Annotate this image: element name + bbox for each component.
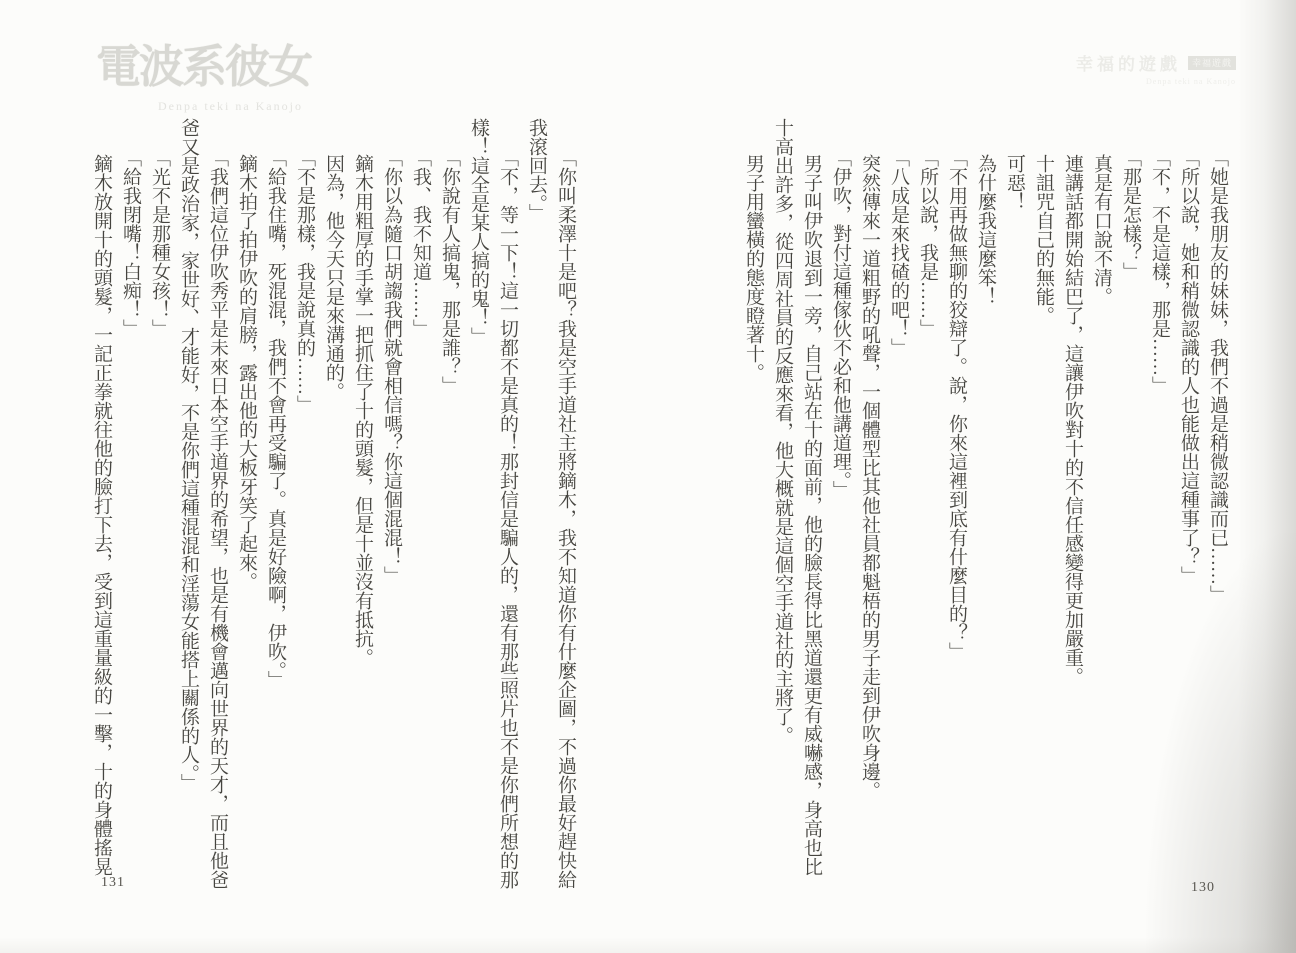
series-logo-romaji: Denpa teki na Kanojo	[158, 99, 311, 114]
paragraph: 為什麼我這麼笨！	[971, 118, 1000, 892]
page-131-text: 「你叫柔澤十是吧？我是空手道社主將鏑木，我不知道你有什麼企圖，不過你最好趕快給我…	[87, 118, 580, 892]
paragraph: 連講話都開始結巴了，這讓伊吹對十的不信任感變得更加嚴重。	[1058, 118, 1087, 892]
chapter-title: 幸福的遊戲	[1076, 50, 1181, 75]
page-130-text: 「她是我朋友的妹妹，我們不過是稍微認識而已……」「所以說，她和稍微認識的人也能做…	[739, 118, 1232, 892]
paragraph: 因為，他今天只是來溝通的。	[319, 118, 348, 892]
paragraph: 「不，等一下！這一切都不是真的！那封信是騙人的，還有那些照片也不是你們所想的那樣…	[464, 118, 522, 892]
page-number-right: 130	[1191, 880, 1215, 896]
paragraph: 真是有口說不清。	[1087, 118, 1116, 892]
paragraph: 「八成是來找碴的吧！」	[884, 118, 913, 892]
paragraph: 「你叫柔澤十是吧？我是空手道社主將鏑木，我不知道你有什麼企圖，不過你最好趕快給我…	[522, 118, 580, 892]
series-logo-text: 電波系彼女	[96, 30, 311, 95]
paragraph: 「給我住嘴，死混混，我們不會再受騙了。真是好險啊，伊吹。」	[261, 118, 290, 892]
paragraph: 「伊吹，對付這種傢伙不必和他講道理。」	[826, 118, 855, 892]
series-logo: 電波系彼女 Denpa teki na Kanojo	[96, 30, 311, 114]
paragraph: 「你說有人搞鬼，那是誰？」	[435, 118, 464, 892]
paragraph: 鏑木用粗厚的手掌一把抓住了十的頭髮，但是十並沒有抵抗。	[348, 118, 377, 892]
paragraph: 可惡！	[1000, 118, 1029, 892]
paragraph: 「我們這位伊吹秀平是未來日本空手道界的希望，也是有機會邁向世界的天才，而且他爸爸…	[174, 118, 232, 892]
paragraph: 「不，不是這樣，那是……」	[1145, 118, 1174, 892]
paragraph: 「給我閉嘴！白痴！」	[116, 118, 145, 892]
paragraph: 男子叫伊吹退到一旁，自己站在十的面前，他的臉長得比黑道還更有威嚇感，身高也比十高…	[768, 118, 826, 892]
paragraph: 鏑木拍了拍伊吹的肩膀，露出他的大板牙笑了起來。	[232, 118, 261, 892]
paragraph: 「所以說，我是……」	[913, 118, 942, 892]
paragraph: 「不是那樣，我是說真的……」	[290, 118, 319, 892]
paragraph: 突然傳來一道粗野的吼聲，一個體型比其他社員都魁梧的男子走到伊吹身邊。	[855, 118, 884, 892]
paragraph: 「不用再做無聊的狡辯了。說，你來這裡到底有什麼目的？」	[942, 118, 971, 892]
paragraph: 「她是我朋友的妹妹，我們不過是稍微認識而已……」	[1203, 118, 1232, 892]
bottom-edge-shadow	[0, 937, 1296, 953]
book-scan: 電波系彼女 Denpa teki na Kanojo 幸福的遊戲 幸福遊戲 De…	[0, 0, 1296, 953]
paragraph: 十詛咒自己的無能。	[1029, 118, 1058, 892]
chapter-badge: 幸福遊戲	[1188, 56, 1236, 70]
paragraph: 「光不是那種女孩！」	[145, 118, 174, 892]
paragraph: 「你以為隨口胡謅我們就會相信嗎？你這個混混！」	[377, 118, 406, 892]
page-edge-shadow	[1238, 0, 1296, 953]
page-number-left: 131	[101, 875, 125, 891]
paragraph: 「所以說，她和稍微認識的人也能做出這種事了？」	[1174, 118, 1203, 892]
paragraph: 「我、我不知道……」	[406, 118, 435, 892]
chapter-caption: Denpa teki na Kanojo	[1076, 77, 1236, 86]
paragraph: 男子用蠻橫的態度瞪著十。	[739, 118, 768, 892]
chapter-header: 幸福的遊戲 幸福遊戲 Denpa teki na Kanojo	[1076, 50, 1236, 86]
paragraph: 「那是怎樣？」	[1116, 118, 1145, 892]
paragraph: 鏑木放開十的頭髮，一記正拳就往他的臉打下去，受到這重量級的一擊，十的身體搖晃	[87, 118, 116, 892]
